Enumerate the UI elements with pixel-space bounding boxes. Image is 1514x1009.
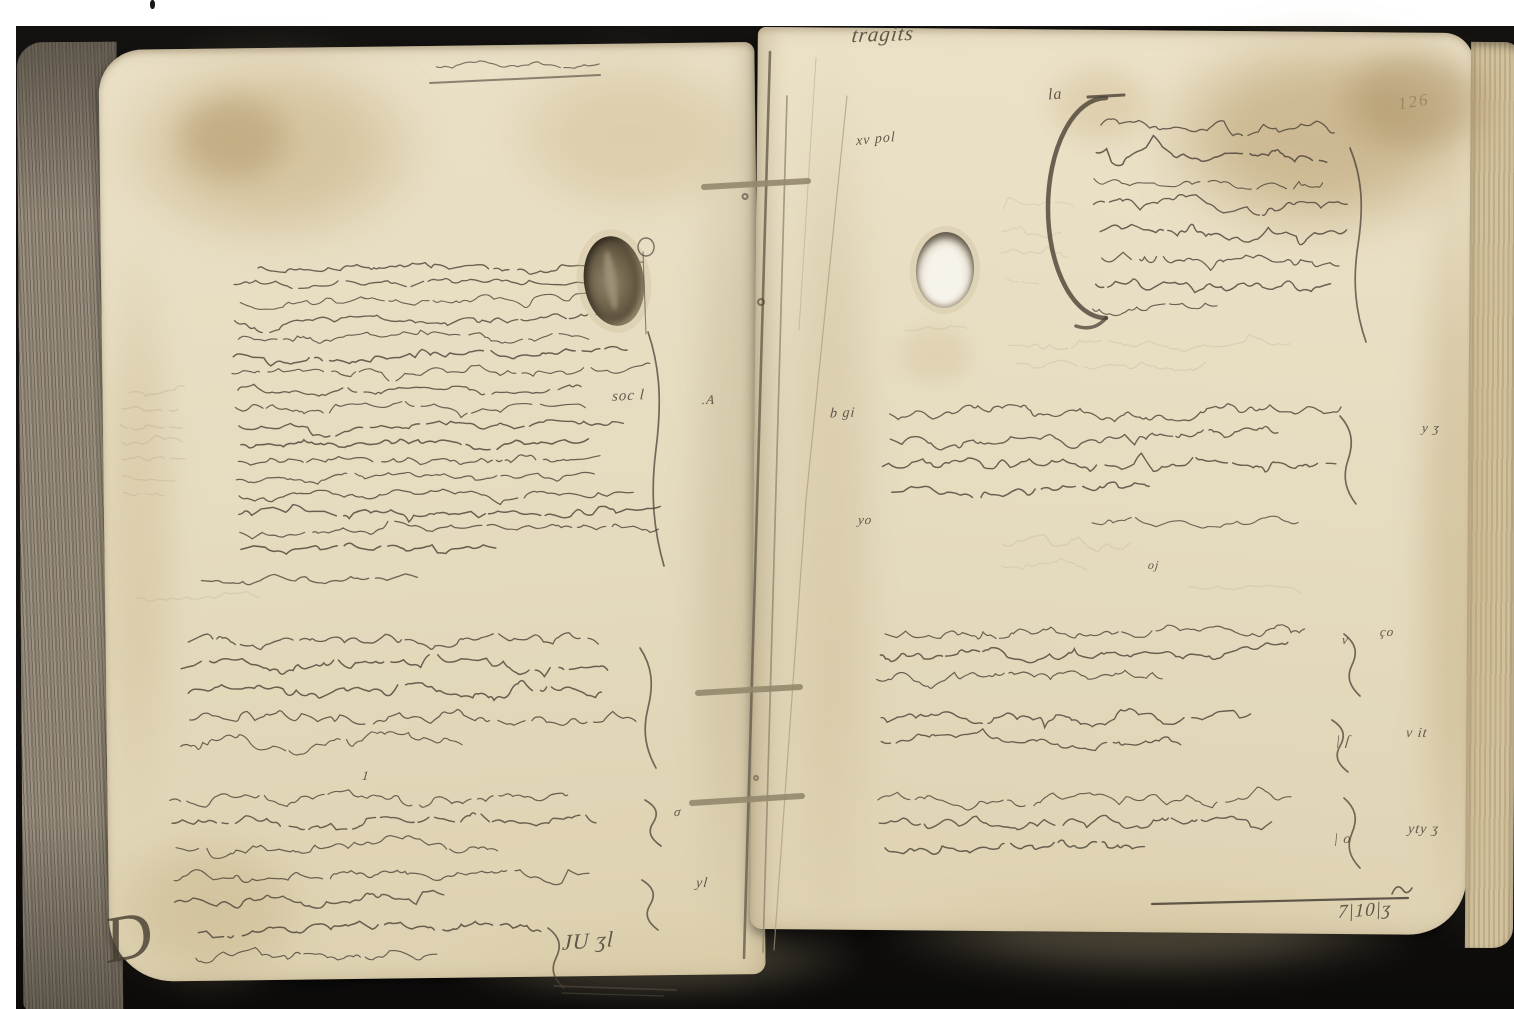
running-head: tragits	[851, 21, 916, 48]
right-leaves-fore-edge	[1465, 42, 1514, 948]
ink-speck	[150, 0, 155, 9]
left-page	[98, 42, 765, 982]
opening-word: la	[1048, 86, 1063, 105]
screenshot-canvas: xv polsoc l.Ab giyoσyl1ojçov| ſv it| oyt…	[0, 0, 1514, 1009]
right-page	[750, 27, 1474, 935]
manuscript-photo	[16, 26, 1514, 1009]
wormhole-highlight	[602, 250, 620, 311]
